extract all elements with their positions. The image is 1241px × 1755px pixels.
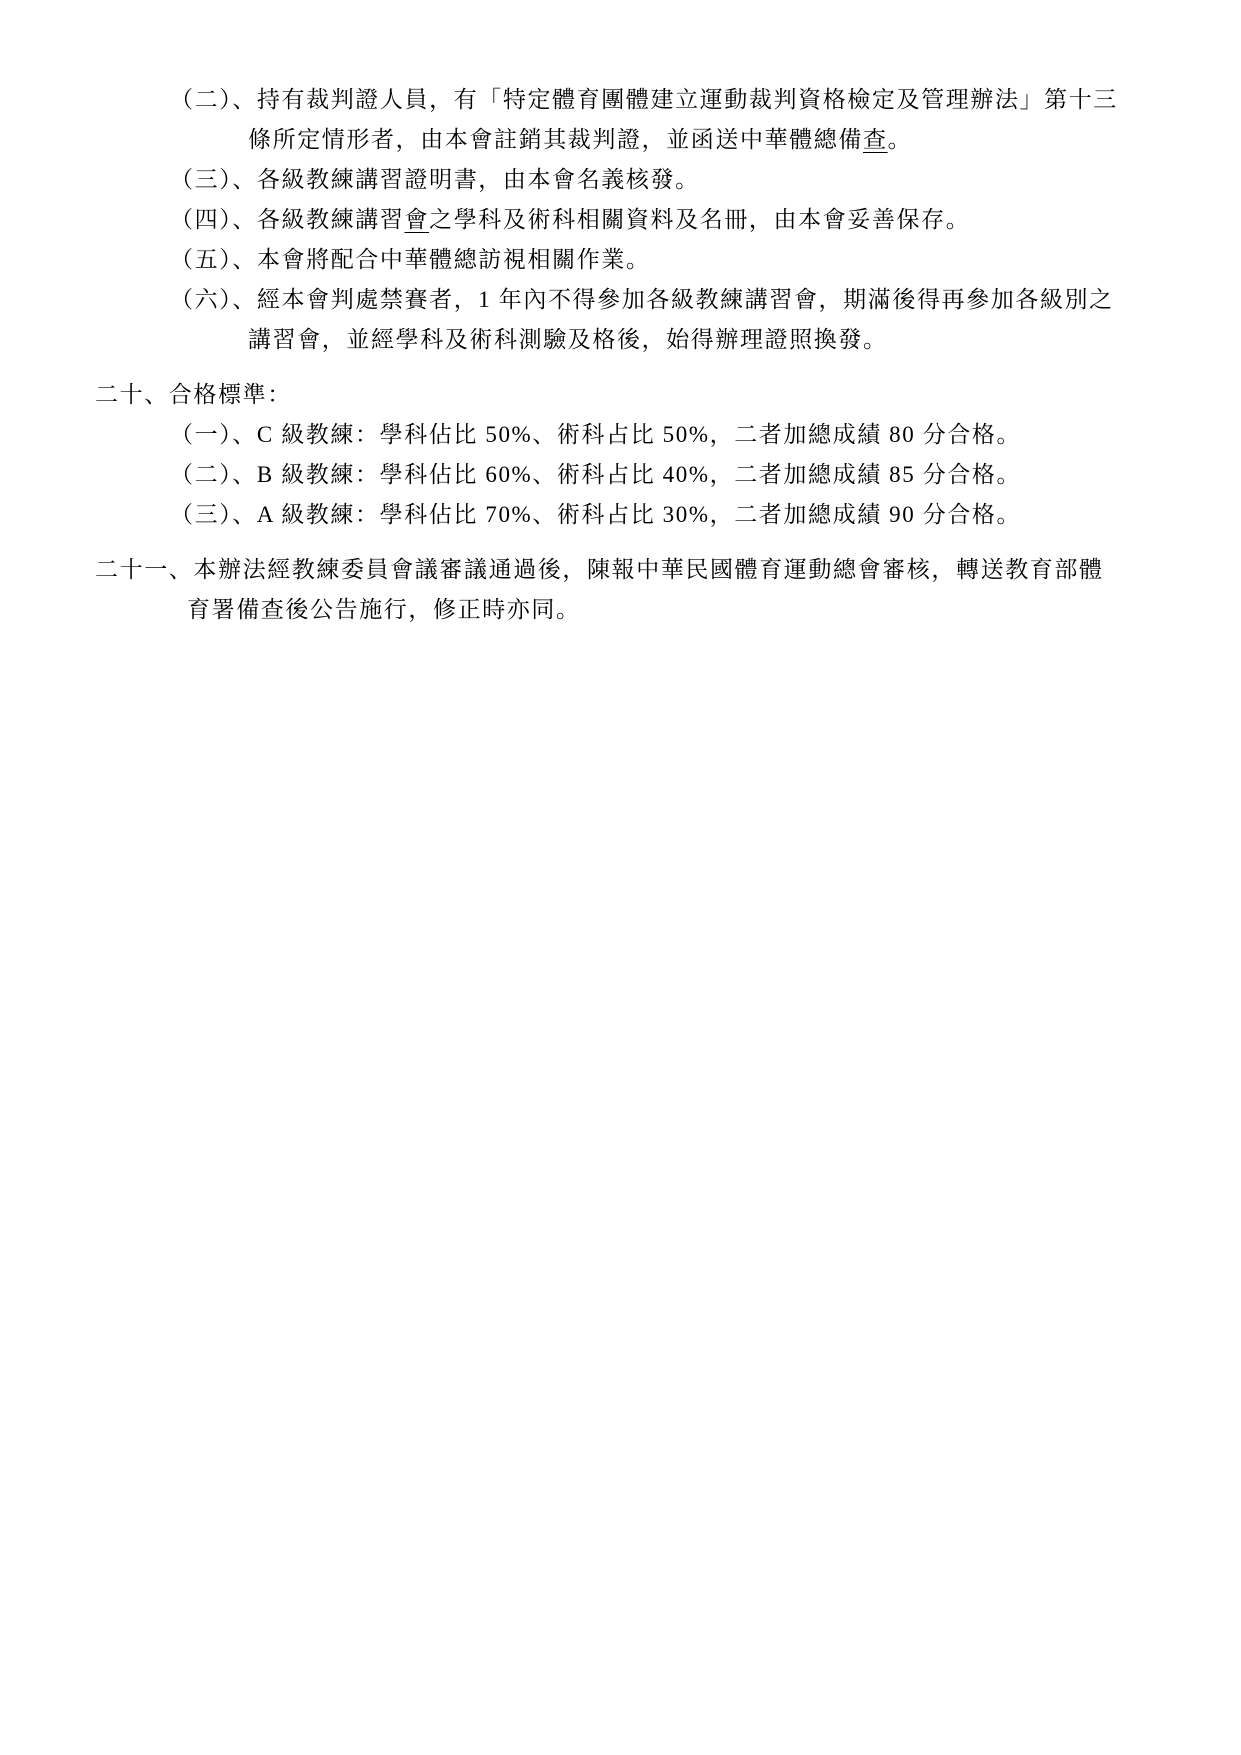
grade-a-standard: （三）、A 級教練：學科佔比 70%、術科占比 30%，二者加總成績 90 分合… <box>170 495 1241 535</box>
text-line: （六）、經本會判處禁賽者，1 年內不得參加各級教練講習會，期滿後得再參加各級別之 <box>170 280 1241 320</box>
item-2-judge-certificate: （二）、持有裁判證人員，有「特定體育團體建立運動裁判資格檢定及管理辦法」第十三條… <box>170 80 1241 160</box>
text-segment: 之學科及術科相關資料及名冊，由本會妥善保存。 <box>429 207 970 232</box>
grade-b-standard: （二）、B 級教練：學科佔比 60%、術科占比 40%，二者加總成績 85 分合… <box>170 455 1241 495</box>
text-segment: （六）、經本會判處禁賽者，1 年內不得參加各級教練講習會，期滿後得再參加各級別之 <box>170 287 1114 312</box>
text-line: 二十、合格標準： <box>95 375 1241 415</box>
text-line: （三）、A 級教練：學科佔比 70%、術科占比 30%，二者加總成績 90 分合… <box>170 495 1241 535</box>
text-segment: 條所定情形者，由本會註銷其裁判證，並函送中華體總備 <box>248 127 863 152</box>
text-segment: （一）、C 級教練：學科佔比 50%、術科占比 50%，二者加總成績 80 分合… <box>170 422 1021 447</box>
document-page: （二）、持有裁判證人員，有「特定體育團體建立運動裁判資格檢定及管理辦法」第十三條… <box>0 0 1241 1755</box>
text-line: （三）、各級教練講習證明書，由本會名義核發。 <box>170 160 1241 200</box>
text-segment: （三）、各級教練講習證明書，由本會名義核發。 <box>170 167 700 192</box>
text-line: 二十一、本辦法經教練委員會議審議通過後，陳報中華民國體育運動總會審核，轉送教育部… <box>95 550 1241 590</box>
text-line: 條所定情形者，由本會註銷其裁判證，並函送中華體總備查。 <box>170 120 1241 160</box>
text-segment: 二十、合格標準： <box>95 382 292 407</box>
item-6-suspension-rule: （六）、經本會判處禁賽者，1 年內不得參加各級教練講習會，期滿後得再參加各級別之… <box>170 280 1241 360</box>
text-line: （五）、本會將配合中華體總訪視相關作業。 <box>170 240 1241 280</box>
text-line: （一）、C 級教練：學科佔比 50%、術科占比 50%，二者加總成績 80 分合… <box>170 415 1241 455</box>
text-segment: 。 <box>888 127 913 152</box>
text-segment: （二）、持有裁判證人員，有「特定體育團體建立運動裁判資格檢定及管理辦法」第十三 <box>170 87 1118 112</box>
text-segment: （二）、B 級教練：學科佔比 60%、術科占比 40%，二者加總成績 85 分合… <box>170 462 1021 487</box>
text-line: 講習會，並經學科及術科測驗及格後，始得辦理證照換發。 <box>170 320 1241 360</box>
text-line: （二）、持有裁判證人員，有「特定體育團體建立運動裁判資格檢定及管理辦法」第十三 <box>170 80 1241 120</box>
text-segment: 二十一、本辦法經教練委員會議審議通過後，陳報中華民國體育運動總會審核，轉送教育部… <box>95 557 1104 582</box>
text-segment: （四）、各級教練講習 <box>170 207 405 232</box>
text-segment: 育署備查後公告施行，修正時亦同。 <box>187 597 581 622</box>
item-4-record-keeping: （四）、各級教練講習會之學科及術科相關資料及名冊，由本會妥善保存。 <box>170 200 1241 240</box>
text-segment: 講習會，並經學科及術科測驗及格後，始得辦理證照換發。 <box>248 327 888 352</box>
item-5-inspection-cooperation: （五）、本會將配合中華體總訪視相關作業。 <box>170 240 1241 280</box>
section-21-approval-procedure: 二十一、本辦法經教練委員會議審議通過後，陳報中華民國體育運動總會審核，轉送教育部… <box>95 550 1241 630</box>
grade-c-standard: （一）、C 級教練：學科佔比 50%、術科占比 50%，二者加總成績 80 分合… <box>170 415 1241 455</box>
text-segment: （三）、A 級教練：學科佔比 70%、術科占比 30%，二者加總成績 90 分合… <box>170 502 1021 527</box>
underlined-text: 查 <box>863 127 888 152</box>
underlined-text: 會 <box>405 207 430 232</box>
text-line: （二）、B 級教練：學科佔比 60%、術科占比 40%，二者加總成績 85 分合… <box>170 455 1241 495</box>
section-20-passing-standard: 二十、合格標準： <box>95 375 1241 415</box>
item-3-coach-certificate-issuance: （三）、各級教練講習證明書，由本會名義核發。 <box>170 160 1241 200</box>
text-line: 育署備查後公告施行，修正時亦同。 <box>95 590 1241 630</box>
text-segment: （五）、本會將配合中華體總訪視相關作業。 <box>170 247 651 272</box>
text-line: （四）、各級教練講習會之學科及術科相關資料及名冊，由本會妥善保存。 <box>170 200 1241 240</box>
document-body: （二）、持有裁判證人員，有「特定體育團體建立運動裁判資格檢定及管理辦法」第十三條… <box>0 0 1241 630</box>
